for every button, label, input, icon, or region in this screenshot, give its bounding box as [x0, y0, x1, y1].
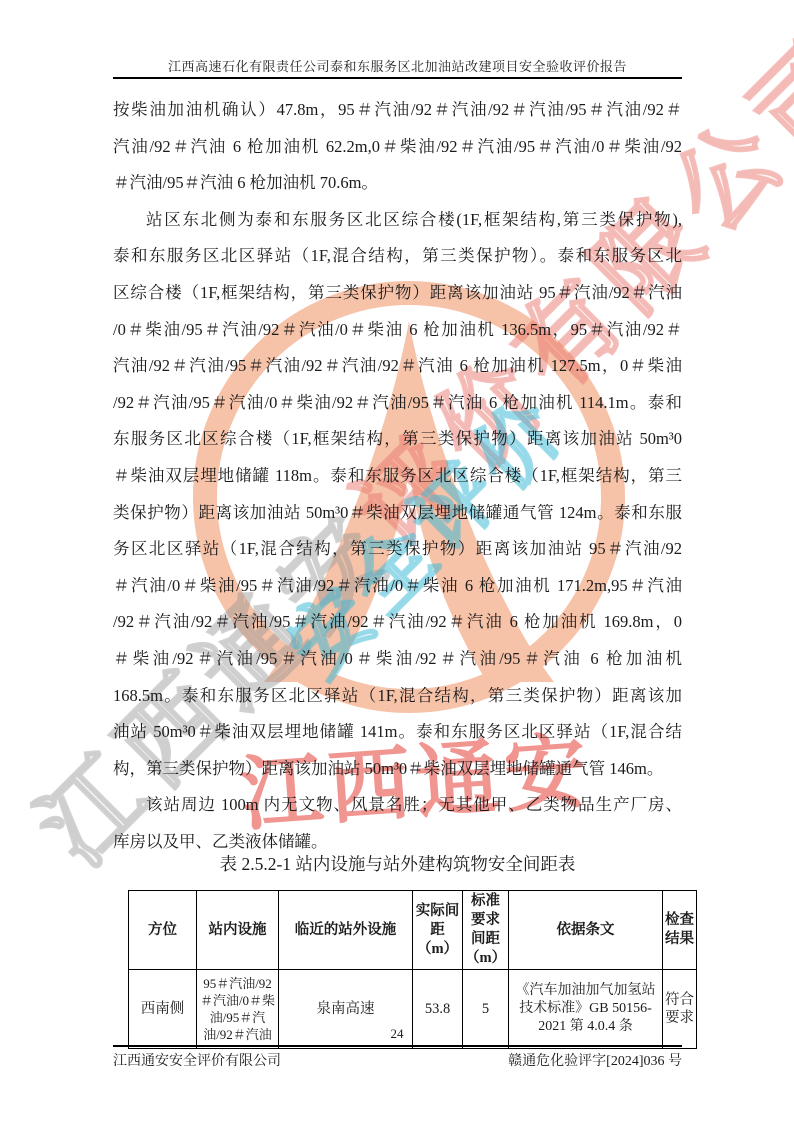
page-content: 江西高速石化有限责任公司泰和东服务区北加油站改建项目安全验收评价报告 按柴油加油… [0, 0, 794, 1123]
table-header-cell: 依据条文 [509, 891, 663, 970]
footer-company: 江西通安安全评价有限公司 [113, 1050, 281, 1070]
text-line: 站区东北侧为泰和东服务区北区综合楼(1F,框架结构,第三类保护物), [113, 202, 682, 239]
text-line: /92＃汽油/92＃汽油/95＃汽油/92＃汽油/92＃汽油 6 枪加油机 16… [113, 604, 682, 641]
table-header-cell: 检查结果 [663, 891, 697, 970]
text-line: ＃柴油双层埋地储罐 118m。泰和东服务区北区综合楼（1F,框架结构，第三 [113, 458, 682, 495]
table-header-cell: 标准要求间距（m） [463, 891, 509, 970]
text-line: /0＃柴油/95＃汽油/92＃汽油/0＃柴油 6 枪加油机 136.5m，95＃… [113, 312, 682, 349]
text-line: 该站周边 100m 内无文物、风景名胜；无其他甲、乙类物品生产厂房、 [113, 787, 682, 824]
body-paragraph: 按柴油加油机确认）47.8m，95＃汽油/92＃汽油/92＃汽油/95＃汽油/9… [113, 92, 682, 202]
table-header-cell: 实际间距（m） [413, 891, 463, 970]
table-header-row: 方位站内设施临近的站外设施实际间距（m）标准要求间距（m）依据条文检查结果 [129, 891, 697, 970]
text-line: ＃柴油/92＃汽油/95＃汽油/0＃柴油/92＃汽油/95＃汽油 6 枪加油机 [113, 641, 682, 678]
table-header-cell: 方位 [129, 891, 197, 970]
body-text: 按柴油加油机确认）47.8m，95＃汽油/92＃汽油/92＃汽油/95＃汽油/9… [113, 92, 682, 860]
footer-document-number: 赣通危化验评字[2024]036 号 [508, 1050, 682, 1070]
footer-rule [113, 1045, 682, 1047]
page-number: 24 [0, 1026, 794, 1042]
document-page: 江西通安评价有限公司 安全评价 江西通安 江西高速石化有限责任公司泰和东服务区北… [0, 0, 794, 1123]
table-caption: 表 2.5.2-1 站内设施与站外建构筑物安全间距表 [113, 851, 682, 876]
text-line: 按柴油加油机确认）47.8m，95＃汽油/92＃汽油/92＃汽油/95＃汽油/9… [113, 92, 682, 129]
text-line: 168.5m。泰和东服务区北区驿站（1F,混合结构，第三类保护物）距离该加 [113, 678, 682, 715]
text-line: 汽油/92＃汽油 6 枪加油机 62.2m,0＃柴油/92＃汽油/95＃汽油/0… [113, 129, 682, 166]
text-line: 类保护物）距离该加油站 50m³0＃柴油双层埋地储罐通气管 124m。泰和东服 [113, 495, 682, 532]
text-line: ＃汽油/95＃汽油 6 枪加油机 70.6m。 [113, 165, 682, 202]
text-line: 泰和东服务区北区驿站（1F,混合结构，第三类保护物）。泰和东服务区北 [113, 238, 682, 275]
body-paragraph: 站区东北侧为泰和东服务区北区综合楼(1F,框架结构,第三类保护物),泰和东服务区… [113, 202, 682, 788]
text-line: /92＃汽油/95＃汽油/0＃柴油/92＃汽油/95＃汽油 6 枪加油机 114… [113, 385, 682, 422]
page-footer: 江西通安安全评价有限公司 赣通危化验评字[2024]036 号 [113, 1050, 682, 1070]
text-line: 区综合楼（1F,框架结构，第三类保护物）距离该加油站 95＃汽油/92＃汽油 [113, 275, 682, 312]
text-line: ＃汽油/0＃柴油/95＃汽油/92＃汽油/0＃柴油 6 枪加油机 171.2m,… [113, 568, 682, 605]
page-header-title: 江西高速石化有限责任公司泰和东服务区北加油站改建项目安全验收评价报告 [113, 56, 682, 75]
body-paragraph: 该站周边 100m 内无文物、风景名胜；无其他甲、乙类物品生产厂房、库房以及甲、… [113, 787, 682, 860]
text-line: 汽油/92＃汽油/95＃汽油/92＃汽油/92＃汽油 6 枪加油机 127.5m… [113, 348, 682, 385]
text-line: 构，第三类保护物）距离该加油站 50m³0＃柴油双层埋地储罐通气管 146m。 [113, 751, 682, 788]
text-line: 油站 50m³0＃柴油双层埋地储罐 141m。泰和东服务区北区驿站（1F,混合结 [113, 714, 682, 751]
text-line: 东服务区北区综合楼（1F,框架结构，第三类保护物）距离该加油站 50m³0 [113, 421, 682, 458]
header-rule [113, 77, 682, 79]
text-line: 务区北区驿站（1F,混合结构，第三类保护物）距离该加油站 95＃汽油/92 [113, 531, 682, 568]
table-header-cell: 临近的站外设施 [279, 891, 413, 970]
table-header-cell: 站内设施 [197, 891, 279, 970]
